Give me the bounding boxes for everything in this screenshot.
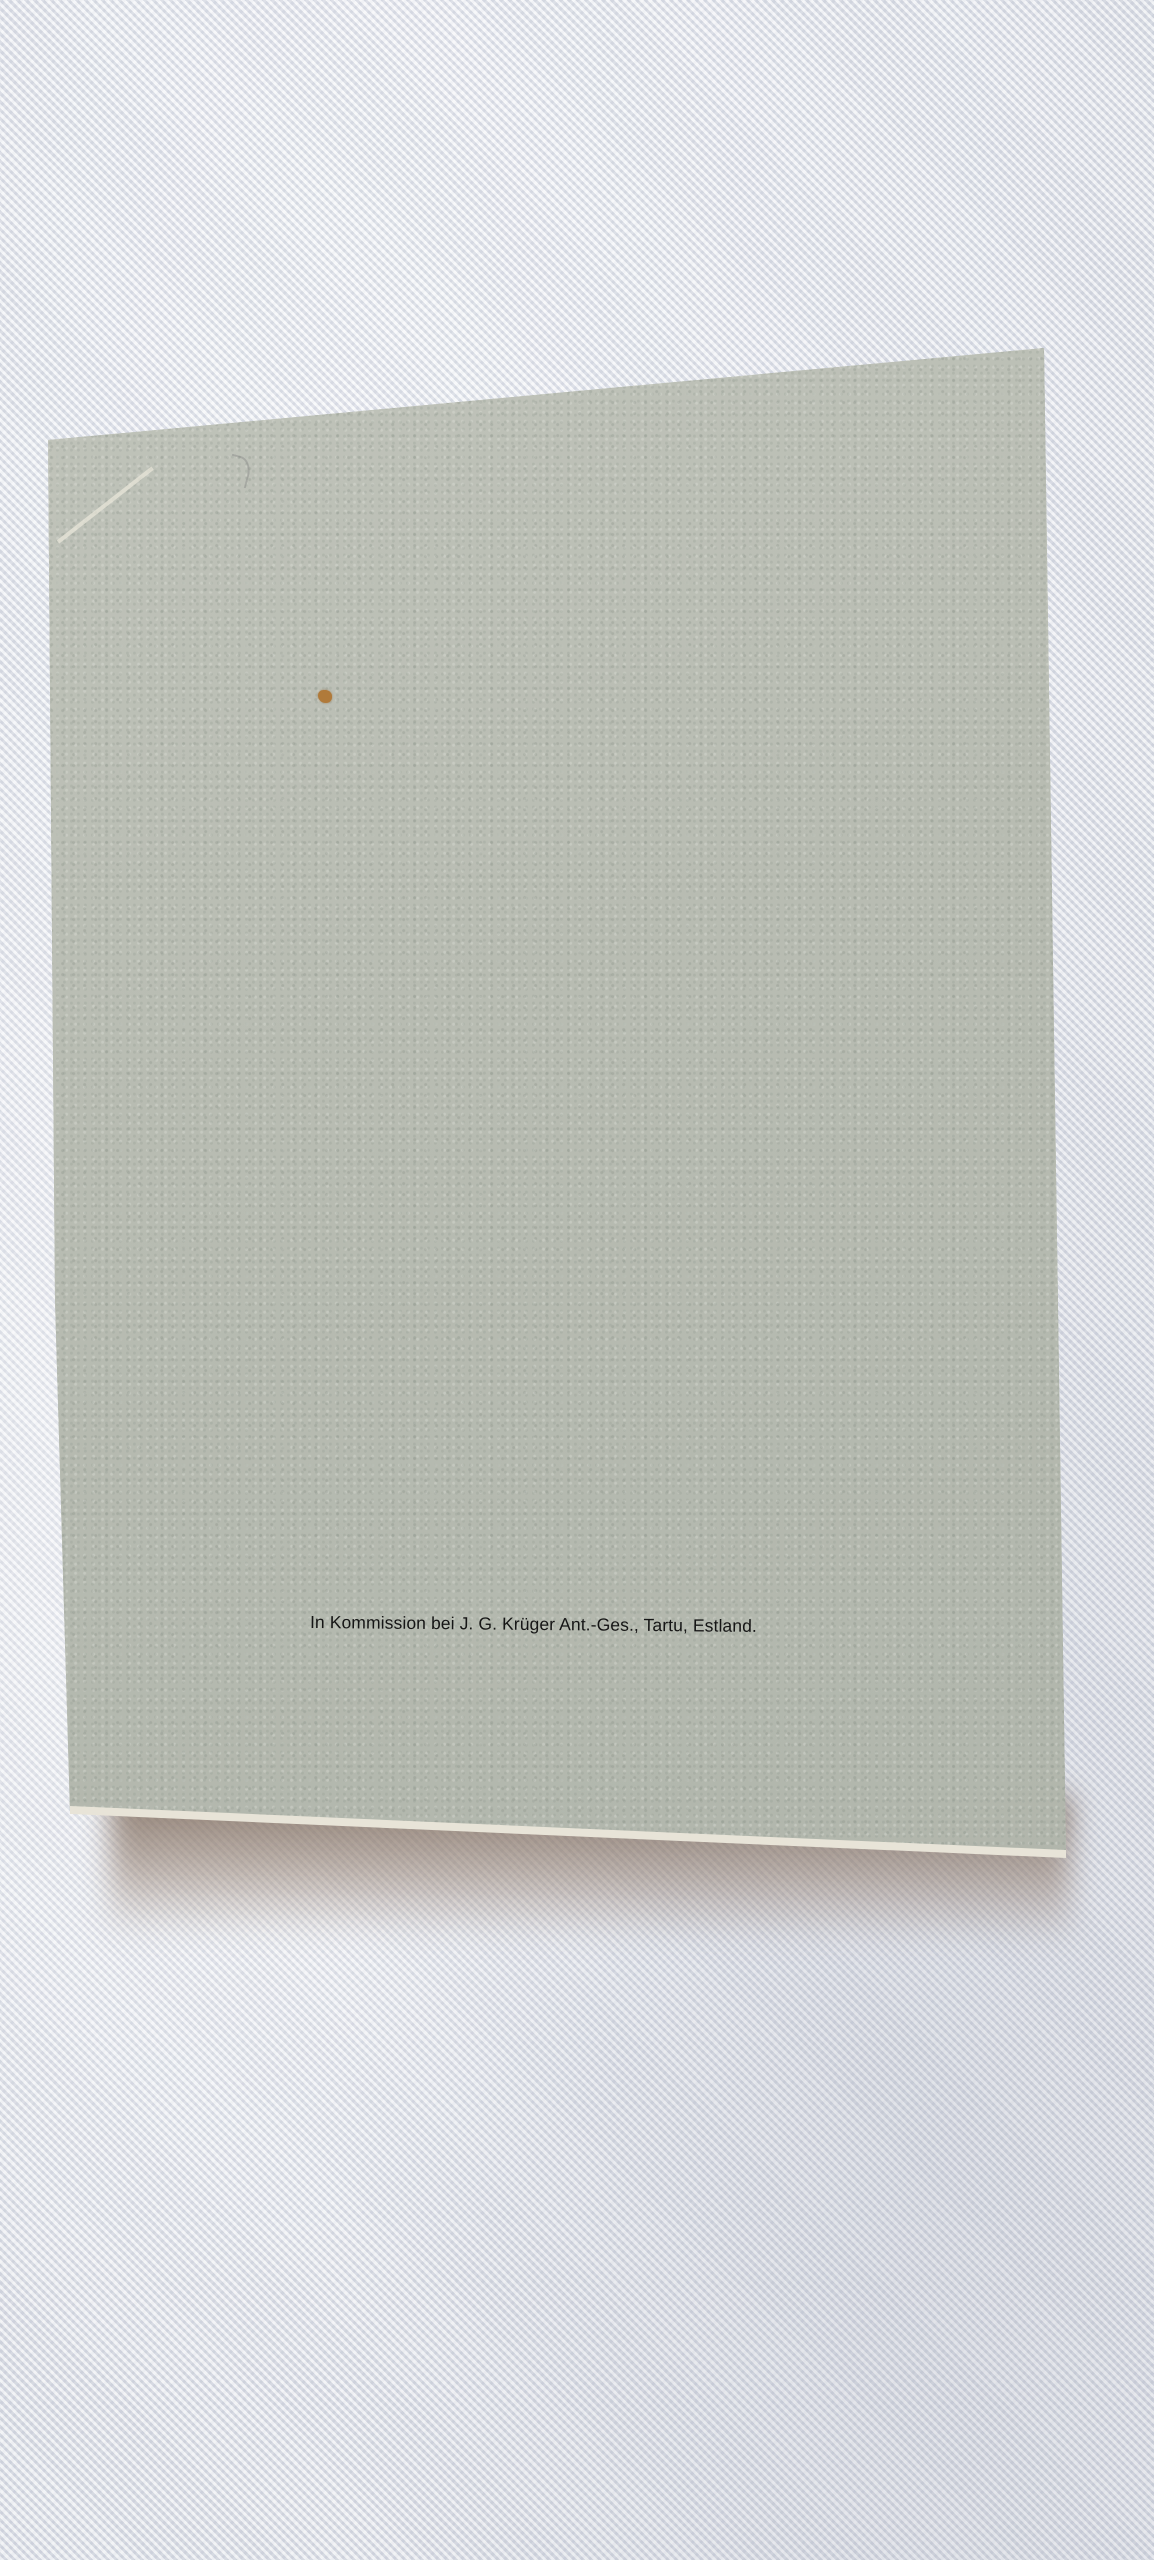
cover-edge-wear — [0, 0, 1154, 2560]
book: In Kommission bei J. G. Krüger Ant.-Ges.… — [0, 0, 1154, 2560]
stain-spot — [318, 690, 332, 703]
